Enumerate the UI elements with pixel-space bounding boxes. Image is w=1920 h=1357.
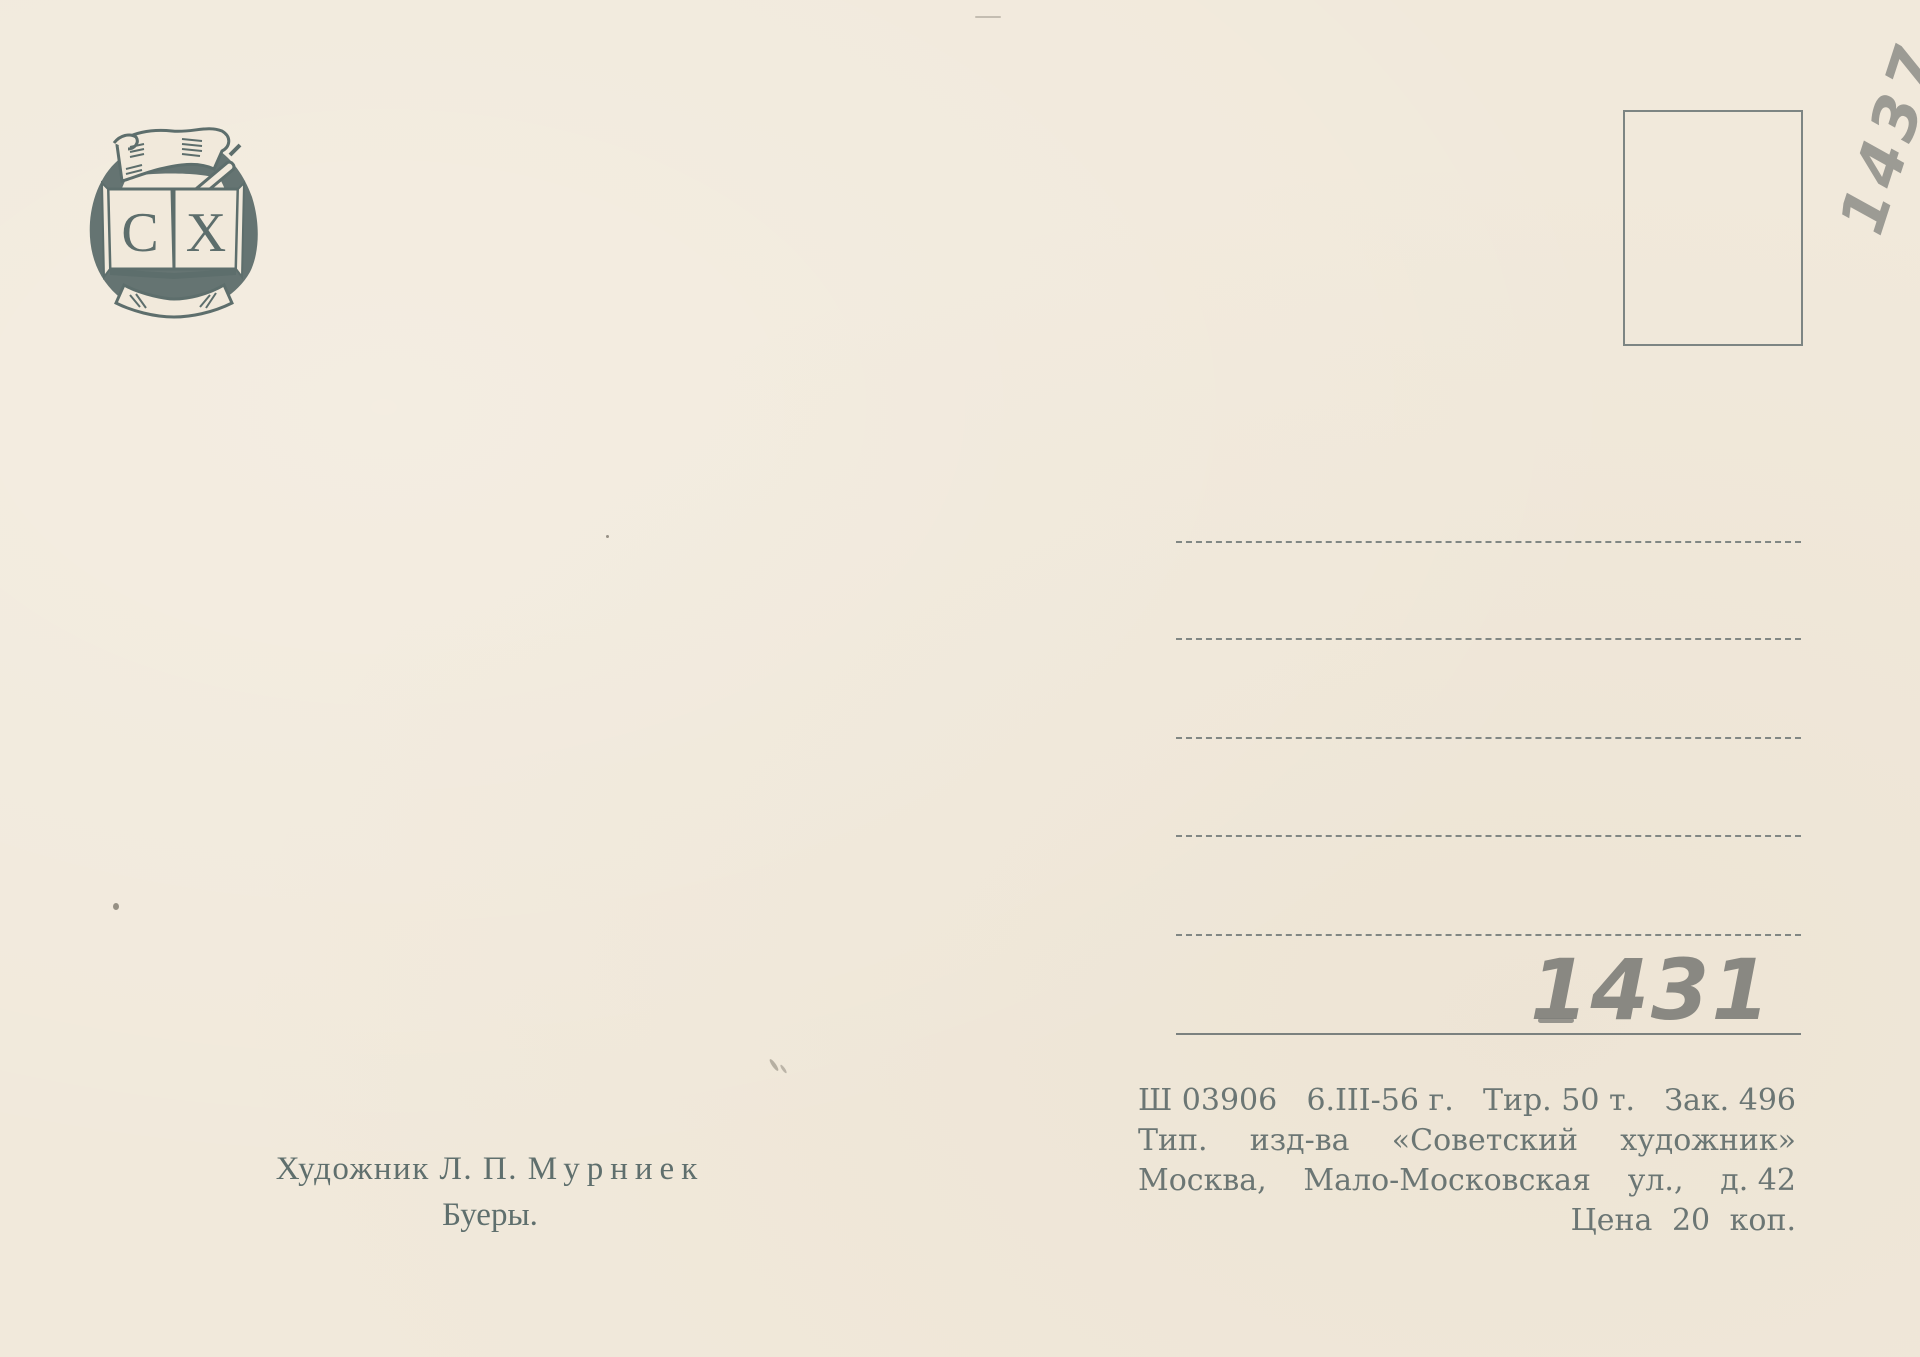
artist-initials: Л. П. [439,1151,517,1187]
publisher-emblem-book-scroll-icon: С Х [82,117,264,319]
artist-name: Мурниек [528,1151,705,1187]
artwork-title: Буеры. [180,1190,800,1240]
paper-speck [975,16,1001,18]
imprint-date: 6.III-56 г. [1306,1081,1453,1121]
paper-speck [113,903,119,910]
svg-text:Х: Х [186,202,226,264]
imprint-street: Мало-Московская [1303,1161,1591,1201]
publisher-logo: С Х [82,117,264,319]
stamp-placement-box [1623,110,1803,346]
imprint-code: Ш 03906 [1138,1081,1277,1121]
address-line-3 [1176,737,1801,739]
publisher-imprint: Ш 03906 6.III-56 г. Тир. 50 т. Зак. 496 … [1138,1081,1796,1241]
address-line-2 [1176,638,1801,640]
artist-credit: Художник Л. П. Мурниек [180,1148,800,1190]
imprint-house-number: д. 42 [1720,1161,1796,1201]
svg-text:С: С [121,202,158,264]
imprint-text: изд-ва [1250,1121,1350,1161]
imprint-line-1: Ш 03906 6.III-56 г. Тир. 50 т. Зак. 496 [1138,1081,1796,1121]
imprint-order: Зак. 496 [1664,1081,1796,1121]
imprint-line-3: Москва, Мало-Московская ул., д. 42 [1138,1161,1796,1201]
artwork-caption: Художник Л. П. Мурниек Буеры. [180,1148,800,1240]
imprint-print-run: Тир. 50 т. [1483,1081,1635,1121]
imprint-street-type: ул., [1628,1161,1684,1201]
imprint-price: Цена 20 коп. [1571,1201,1796,1241]
imprint-line-2: Тип. изд-ва «Советский художник» [1138,1121,1796,1161]
artist-prefix: Художник [276,1151,430,1187]
imprint-publisher: художник» [1620,1121,1796,1161]
imprint-text: Тип. [1138,1121,1208,1161]
imprint-city: Москва, [1138,1161,1267,1201]
address-line-4 [1176,835,1801,837]
imprint-line-4: Цена 20 коп. [1138,1201,1796,1241]
handwritten-underline [1538,1018,1574,1023]
paper-speck [606,535,609,538]
address-line-5 [1176,934,1801,936]
imprint-publisher: «Советский [1392,1121,1578,1161]
address-line-1 [1176,541,1801,543]
